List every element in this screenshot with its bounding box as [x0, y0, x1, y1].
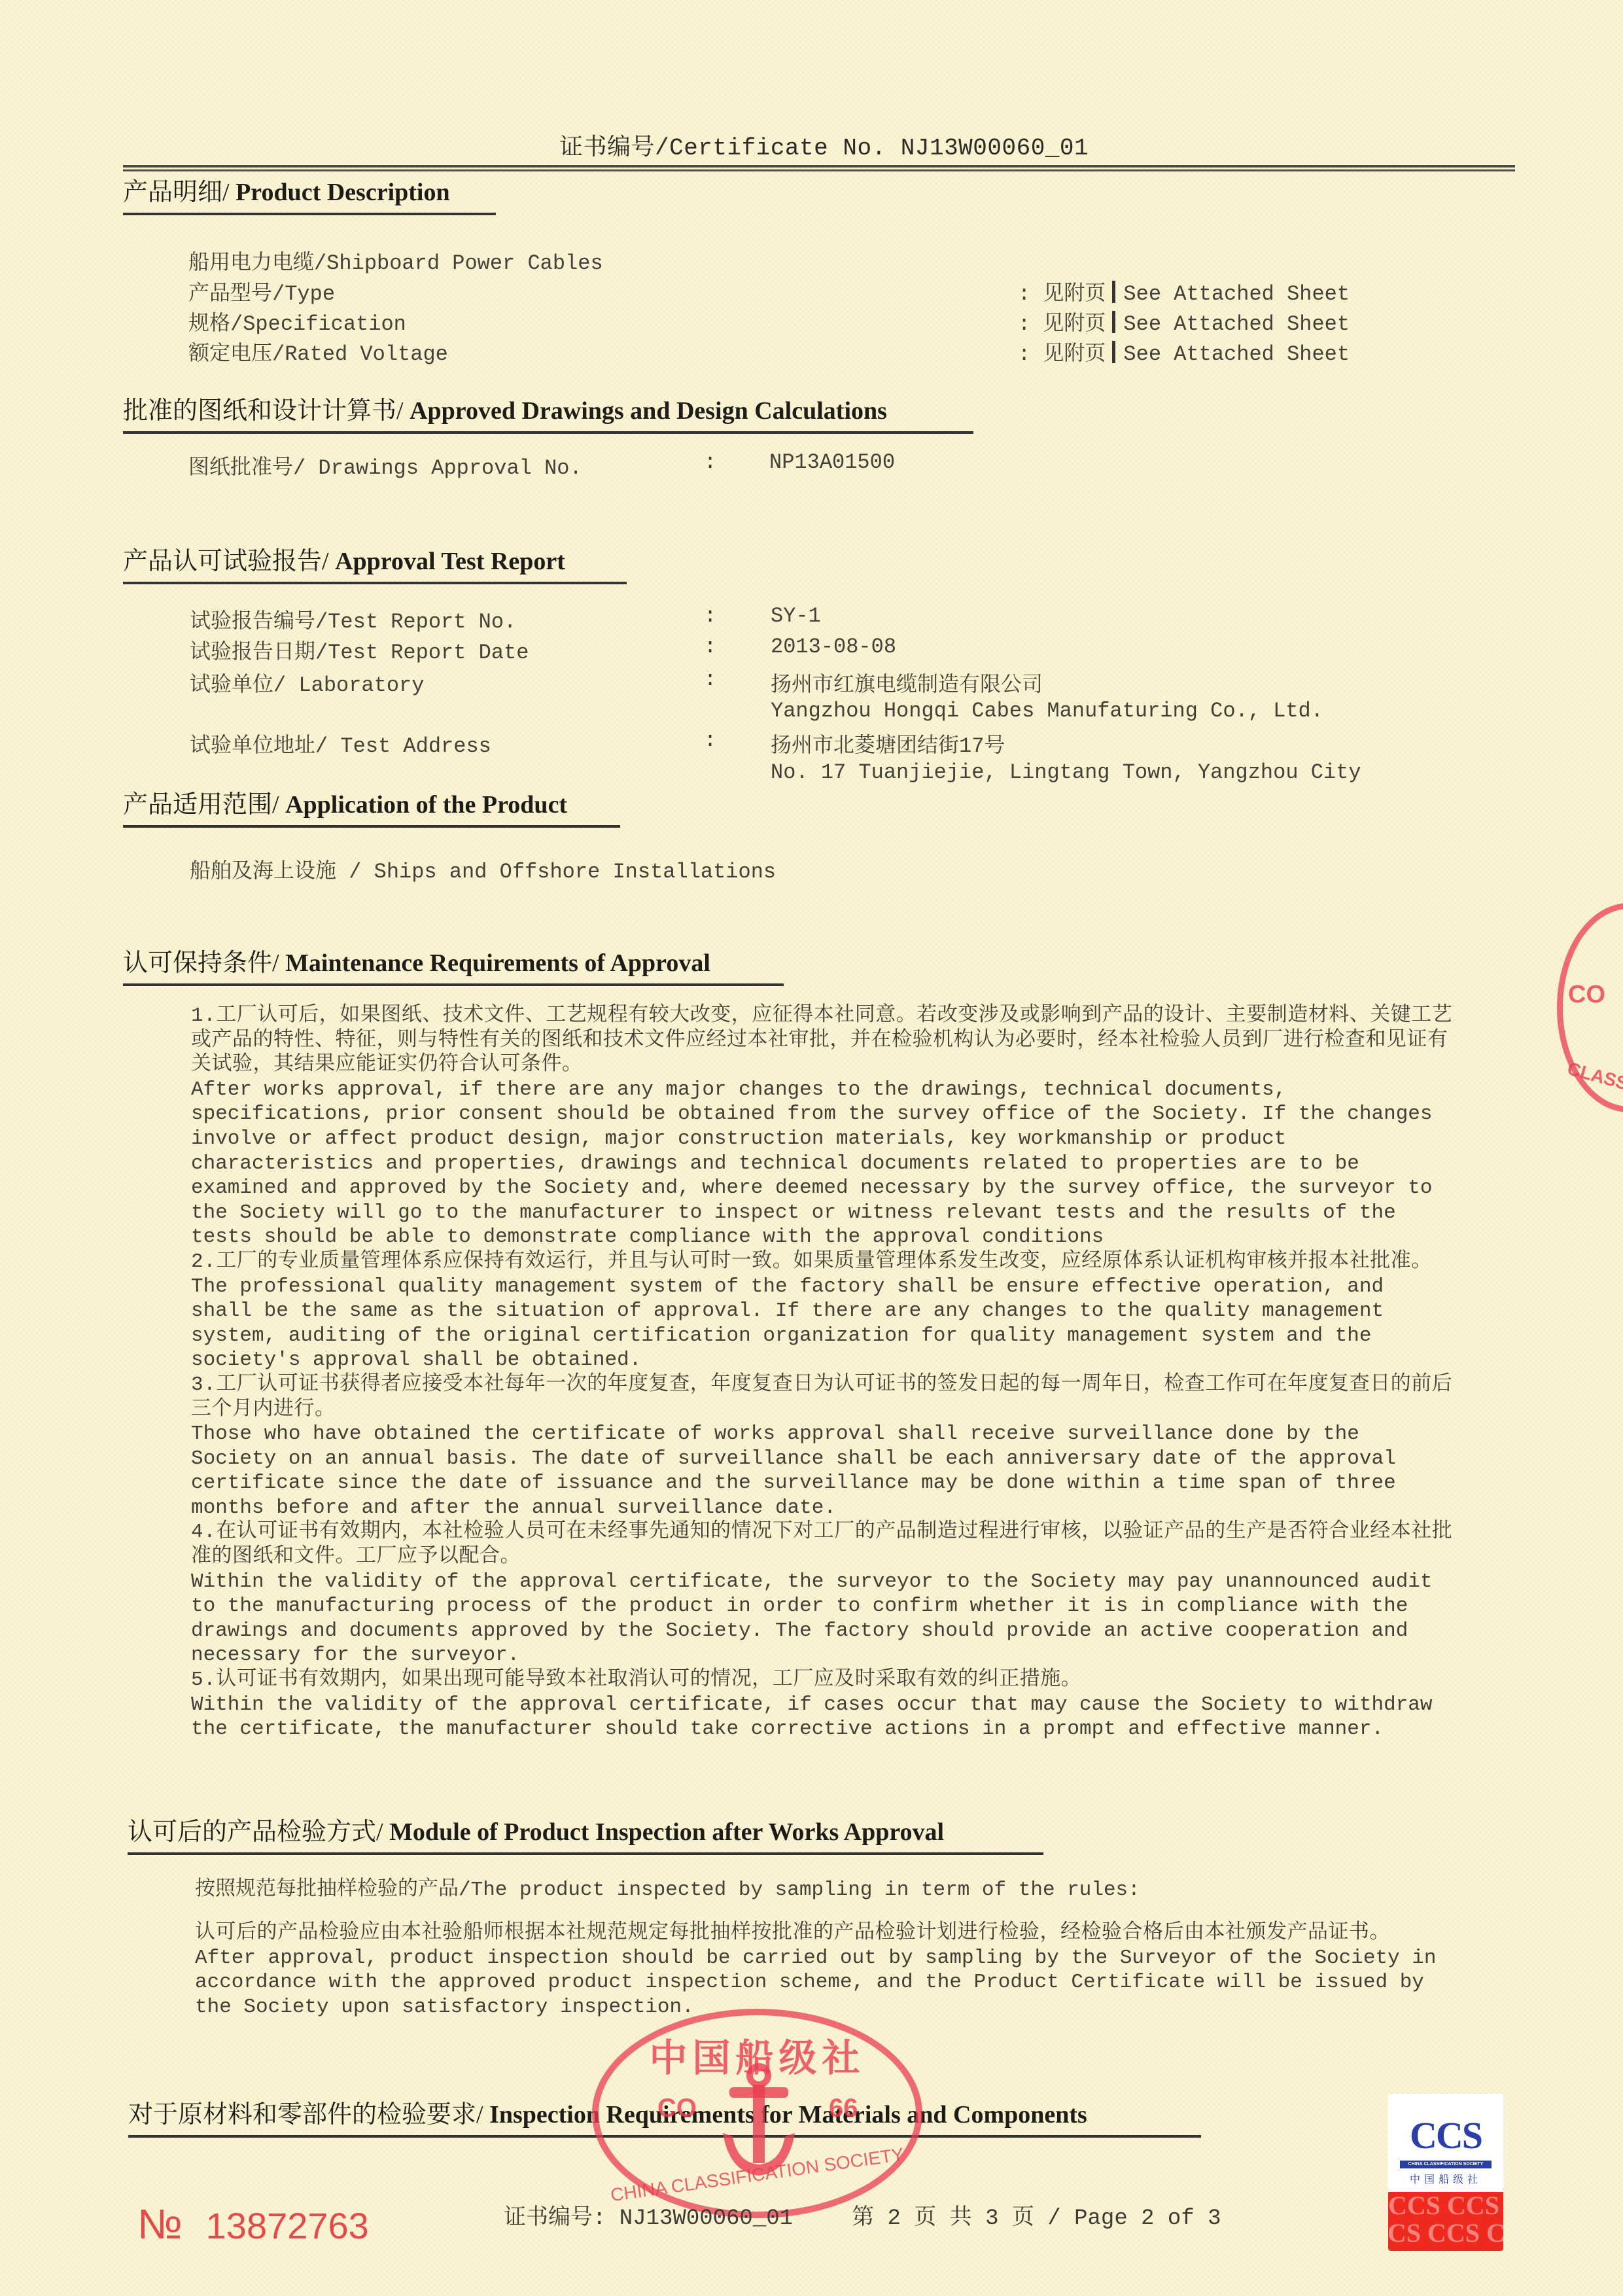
pattern-row-1: CCS CCS CCS [1388, 2192, 1503, 2219]
separator-bar [1112, 311, 1115, 333]
requirement-zh: 4.在认可证书有效期内，本社检验人员可在未经事先通知的情况下对工厂的产品制造过程… [191, 1520, 1454, 1569]
page-footer: 证书编号: NJ13W00060_01第 2 页 共 3 页 / Page 2 … [504, 2199, 1221, 2231]
section-title-product-description: 产品明细/ Product Description [123, 171, 496, 215]
stamp-right-code: 66 [829, 2094, 858, 2123]
specification-value-en: See Attached Sheet [1123, 312, 1350, 336]
drawings-approval-label: 图纸批准号/ Drawings Approval No. [188, 450, 582, 480]
partial-side-stamp: CO CLASS [1557, 903, 1623, 1112]
ccs-official-stamp: 中国船级社 CO 66 CHINA CLASSIFICATION SOCIETY [592, 2009, 922, 2218]
requirement-en: Within the validity of the approval cert… [191, 1570, 1454, 1668]
side-stamp-text: CLASS [1565, 1058, 1623, 1094]
requirement-zh: 5.认可证书有效期内，如果出现可能导致本社取消认可的情况，工厂应及时采取有效的纠… [191, 1668, 1454, 1693]
section-title-en: Maintenance Requirements of Approval [285, 949, 710, 977]
requirement-en: The professional quality management syst… [191, 1275, 1454, 1373]
footer-page-en: / Page 2 of 3 [1047, 2206, 1221, 2231]
rated-voltage-value-en: See Attached Sheet [1123, 342, 1350, 366]
rated-voltage-label: 额定电压/Rated Voltage [188, 336, 448, 366]
section-title-en: Approved Drawings and Design Calculation… [410, 397, 887, 425]
requirement-en: Within the validity of the approval cert… [191, 1693, 1454, 1742]
header-double-rule [123, 165, 1515, 171]
footer-page-zh: 第 2 页 共 3 页 [852, 2206, 1034, 2231]
colon: : [704, 667, 716, 692]
inspection-zh: 认可后的产品检验应由本社验船师根据本社规范规定每批抽样按批准的产品检验计划进行检… [195, 1921, 1454, 1946]
specification-value-zh: 见附页 [1043, 312, 1106, 336]
section-title-inspection-module: 认可后的产品检验方式/ Module of Product Inspection… [128, 1811, 1043, 1855]
test-report-no-label: 试验报告编号/Test Report No. [190, 604, 516, 634]
requirement-zh: 3.工厂认可证书获得者应接受本社每年一次的年度复查，年度复查日为认可证书的签发日… [191, 1373, 1454, 1422]
section-title-application: 产品适用范围/ Application of the Product [123, 784, 620, 828]
inspection-en: After approval, product inspection shoul… [195, 1946, 1454, 2020]
requirement-item-5: 5.认可证书有效期内，如果出现可能导致本社取消认可的情况，工厂应及时采取有效的纠… [191, 1668, 1454, 1742]
requirement-item-4: 4.在认可证书有效期内，本社检验人员可在未经事先通知的情况下对工厂的产品制造过程… [191, 1520, 1454, 1668]
serial-prefix: № [137, 2200, 183, 2248]
ccs-band-text: CHINA CLASSIFICATION SOCIETY [1400, 2161, 1492, 2168]
requirement-en: Those who have obtained the certificate … [191, 1422, 1454, 1520]
section-title-en: Module of Product Inspection after Works… [389, 1818, 944, 1846]
section-title-en: Product Description [236, 179, 450, 206]
section-title-maintenance: 认可保持条件/ Maintenance Requirements of Appr… [123, 942, 784, 986]
laboratory-label: 试验单位/ Laboratory [190, 667, 424, 698]
test-report-no-value: SY-1 [771, 604, 821, 628]
drawings-approval-value: NP13A01500 [769, 450, 895, 474]
section-title-zh: 认可后的产品检验方式/ [128, 1818, 383, 1846]
pattern-row-2: CCS CCS CCS [1388, 2219, 1503, 2247]
section-title-zh: 产品明细/ [123, 179, 230, 206]
footer-cert-ref: 证书编号: NJ13W00060_01 [504, 2206, 793, 2231]
type-value-en: See Attached Sheet [1123, 282, 1350, 306]
ccs-logo: CCS [1388, 2113, 1503, 2157]
specification-value: : 见附页See Attached Sheet [1018, 306, 1350, 336]
stamp-left-code: CO [657, 2094, 697, 2123]
test-address-value-zh: 扬州市北菱塘团结街17号 [771, 728, 1005, 758]
requirement-en: After works approval, if there are any m… [191, 1078, 1454, 1250]
colon: : [704, 450, 716, 474]
section-title-approved-drawings: 批准的图纸和设计计算书/ Approved Drawings and Desig… [123, 390, 973, 434]
section-title-test-report: 产品认可试验报告/ Approval Test Report [123, 540, 627, 584]
ccs-security-pattern: CCS CCS CCS CCS CCS CCS [1388, 2192, 1503, 2251]
test-address-label: 试验单位地址/ Test Address [190, 728, 491, 758]
requirement-item-1: 1.工厂认可后，如果图纸、技术文件、工艺规程有较大改变，应征得本社同意。若改变涉… [191, 1004, 1454, 1250]
requirement-zh: 2.工厂的专业质量管理体系应保持有效运行，并且与认可时一致。如果质量管理体系发生… [191, 1250, 1454, 1275]
section-title-en: Application of the Product [285, 791, 567, 819]
colon: : [704, 635, 716, 659]
inspection-description: 认可后的产品检验应由本社验船师根据本社规范规定每批抽样按批准的产品检验计划进行检… [195, 1921, 1454, 2019]
laboratory-value-zh: 扬州市红旗电缆制造有限公司 [771, 667, 1043, 698]
ccs-zh-text: 中国船级社 [1388, 2171, 1503, 2186]
requirement-item-2: 2.工厂的专业质量管理体系应保持有效运行，并且与认可时一致。如果质量管理体系发生… [191, 1250, 1454, 1373]
ccs-hologram-badge: CCS CHINA CLASSIFICATION SOCIETY 中国船级社 C… [1388, 2094, 1503, 2251]
section-title-zh: 批准的图纸和设计计算书/ [123, 397, 404, 425]
section-title-en: Approval Test Report [335, 548, 565, 575]
certificate-number-header: 证书编号/Certificate No. NJ13W00060_01 [559, 128, 1089, 162]
rated-voltage-value-zh: 见附页 [1043, 342, 1106, 366]
test-report-date-label: 试验报告日期/Test Report Date [190, 635, 529, 665]
separator-bar [1112, 341, 1115, 363]
serial-number: №13872763 [137, 2200, 369, 2248]
colon: : [704, 728, 716, 752]
type-value: : 见附页See Attached Sheet [1018, 276, 1350, 306]
type-label: 产品型号/Type [188, 276, 335, 306]
separator-bar [1112, 281, 1115, 303]
inspection-intro: 按照规范每批抽样检验的产品/The product inspected by s… [195, 1871, 1140, 1901]
section-title-zh: 对于原材料和零部件的检验要求/ [128, 2101, 483, 2128]
side-stamp-code: CO [1568, 981, 1605, 1009]
colon: : [704, 604, 716, 628]
test-address-value-en: No. 17 Tuanjiejie, Lingtang Town, Yangzh… [771, 760, 1361, 785]
type-value-zh: 见附页 [1043, 282, 1106, 306]
rated-voltage-value: : 见附页See Attached Sheet [1018, 336, 1350, 366]
serial-value: 13872763 [206, 2205, 369, 2246]
section-title-zh: 产品认可试验报告/ [123, 548, 329, 575]
requirement-item-3: 3.工厂认可证书获得者应接受本社每年一次的年度复查，年度复查日为认可证书的签发日… [191, 1373, 1454, 1521]
laboratory-value-en: Yangzhou Hongqi Cabes Manufaturing Co., … [771, 699, 1323, 723]
test-report-date-value: 2013-08-08 [771, 635, 896, 659]
section-title-zh: 认可保持条件/ [123, 949, 279, 977]
section-title-zh: 产品适用范围/ [123, 791, 279, 819]
product-name: 船用电力电缆/Shipboard Power Cables [188, 245, 603, 275]
application-text: 船舶及海上设施 / Ships and Offshore Installatio… [190, 854, 776, 884]
specification-label: 规格/Specification [188, 306, 406, 336]
requirement-zh: 1.工厂认可后，如果图纸、技术文件、工艺规程有较大改变，应征得本社同意。若改变涉… [191, 1004, 1454, 1078]
maintenance-requirements-list: 1.工厂认可后，如果图纸、技术文件、工艺规程有较大改变，应征得本社同意。若改变涉… [191, 1004, 1454, 1742]
